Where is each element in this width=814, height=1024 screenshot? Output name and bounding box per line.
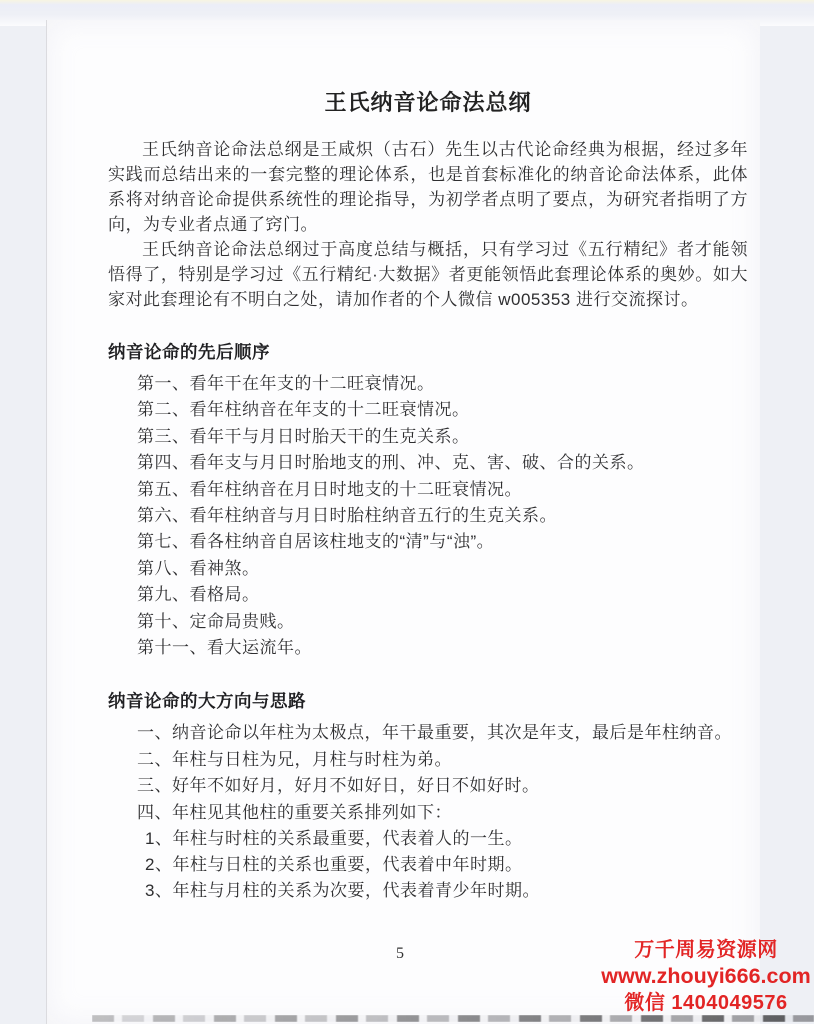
sub-list-item: 1、年柱与时柱的关系最重要，代表着人的一生。 [108,826,748,852]
list-item: 第二、看年柱纳音在年支的十二旺衰情况。 [108,397,748,423]
watermark-block: 万千周易资源网 www.zhouyi666.com 微信 1404049576 [600,937,812,1017]
section-heading-order: 纳音论命的先后顺序 [108,340,748,365]
watermark-url: www.zhouyi666.com [600,963,812,990]
page-title: 王氏纳音论命法总纲 [108,88,748,118]
list-item: 第十、定命局贵贱。 [108,609,748,635]
watermark-wechat: 微信 1404049576 [600,990,812,1017]
list-item: 第十一、看大运流年。 [108,635,748,661]
sub-list-item: 3、年柱与月柱的关系为次要，代表着青少年时期。 [108,878,748,904]
intro-paragraph-2: 王氏纳音论命法总纲过于高度总结与概括，只有学习过《五行精纪》者才能领悟得了，特别… [108,237,748,312]
scanned-page: 王氏纳音论命法总纲 王氏纳音论命法总纲是王咸炽（古石）先生以古代论命经典为根据，… [46,20,760,1024]
list-item: 第一、看年干在年支的十二旺衰情况。 [108,371,748,397]
list-item: 第九、看格局。 [108,582,748,608]
list-item: 三、好年不如好月，好月不如好日，好日不如好时。 [108,773,748,799]
list-item: 第五、看年柱纳音在月日时地支的十二旺衰情况。 [108,477,748,503]
watermark-site-name: 万千周易资源网 [600,937,812,964]
page-edge-grain [92,1015,814,1022]
list-item: 第八、看神煞。 [108,556,748,582]
list-item: 第七、看各柱纳音自居该柱地支的“清”与“浊”。 [108,529,748,555]
list-item: 第三、看年干与月日时胎天干的生克关系。 [108,424,748,450]
sub-list-item: 2、年柱与日柱的关系也重要，代表着中年时期。 [108,852,748,878]
section-heading-approach: 纳音论命的大方向与思路 [108,689,748,714]
list-item: 第四、看年支与月日时胎地支的刑、冲、克、害、破、合的关系。 [108,450,748,476]
page-content: 王氏纳音论命法总纲 王氏纳音论命法总纲是王咸炽（古石）先生以古代论命经典为根据，… [108,20,748,904]
list-item: 四、年柱见其他柱的重要关系排列如下： [108,800,748,826]
list-item: 第六、看年柱纳音与月日时胎柱纳音五行的生克关系。 [108,503,748,529]
page-number: 5 [396,945,404,963]
list-item: 一、纳音论命以年柱为太极点，年干最重要，其次是年支，最后是年柱纳音。 [108,720,748,746]
list-item: 二、年柱与日柱为兄，月柱与时柱为弟。 [108,747,748,773]
intro-paragraph-1: 王氏纳音论命法总纲是王咸炽（古石）先生以古代论命经典为根据，经过多年实践而总结出… [108,137,748,237]
